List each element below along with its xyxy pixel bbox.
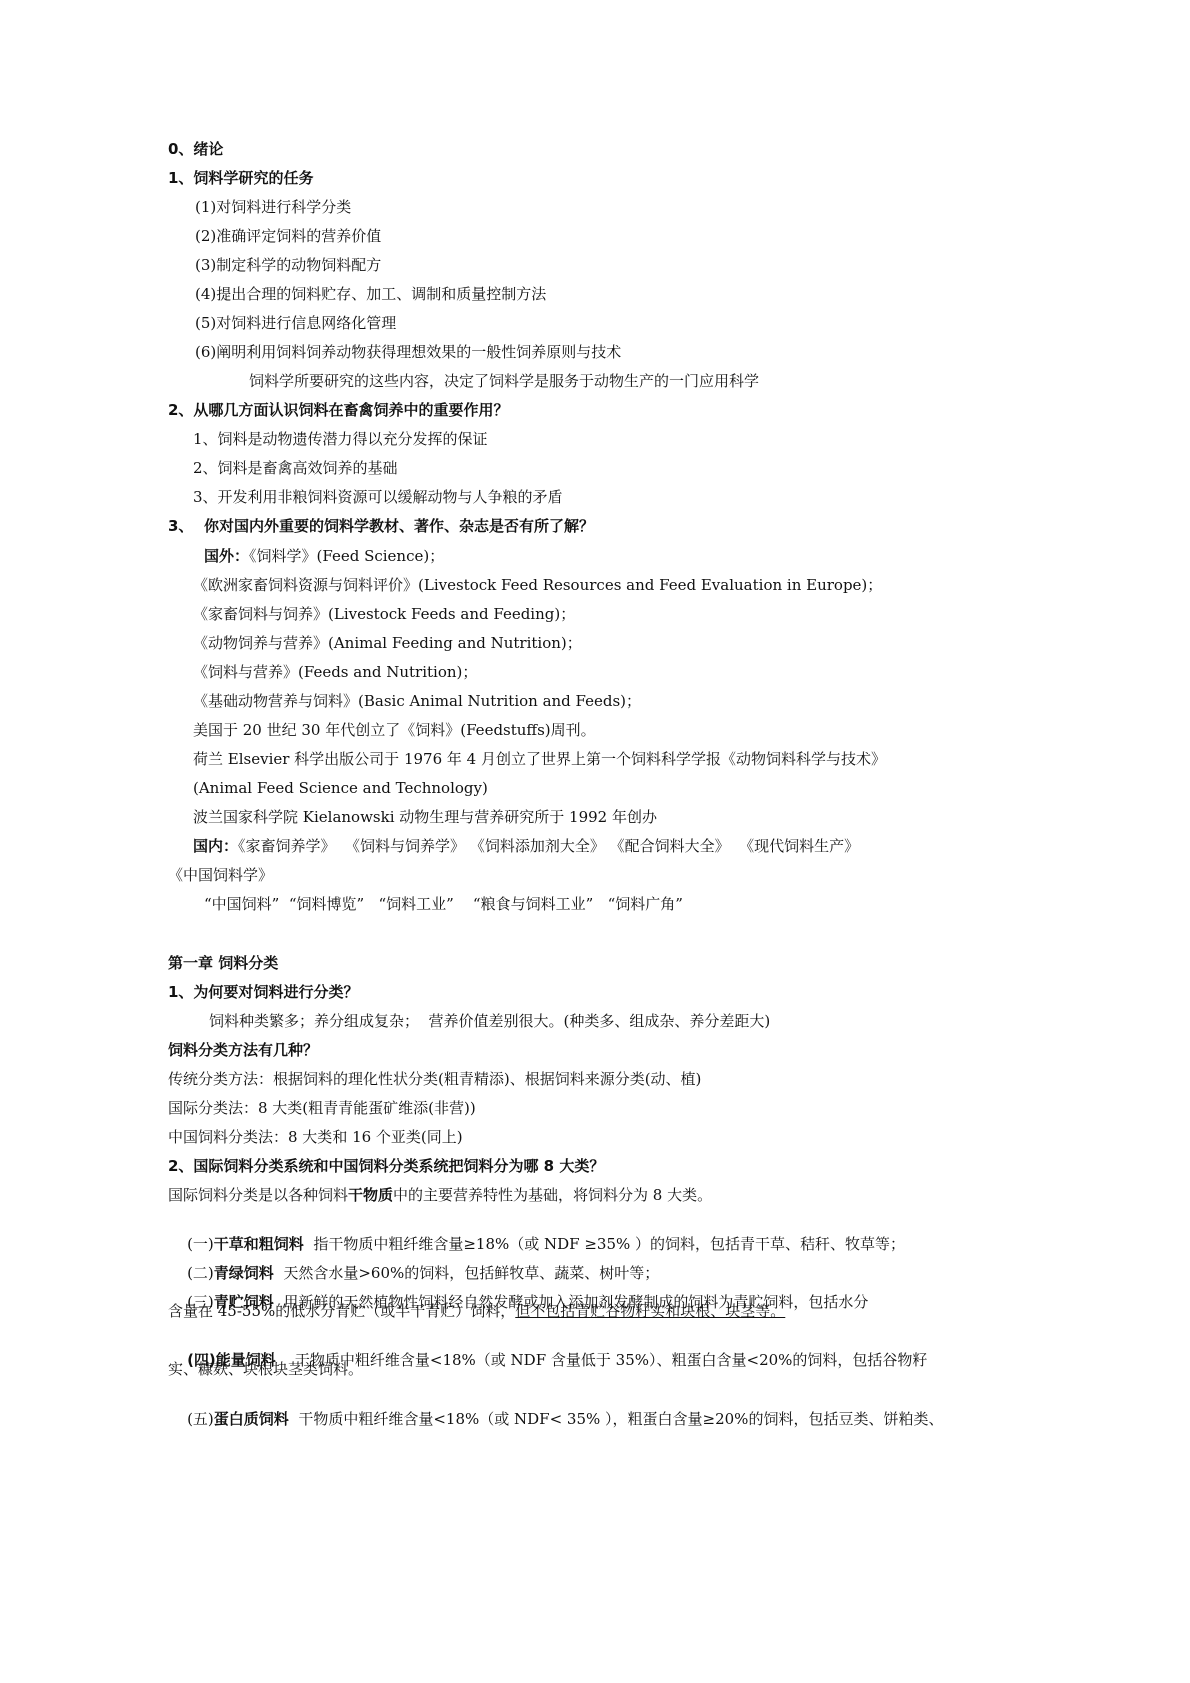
domestic-books: 《家畜饲养学》 《饲料与饲养学》 《饲料添加剂大全》 《配合饲料大全》 《现代饲… — [238, 837, 859, 855]
category-desc-cont: 含量在 45-55%的低水分青贮（或半干青贮）饲料，但不包括青贮谷物籽实和块根、… — [168, 1301, 785, 1321]
task-item: (5)对饲料进行信息网络化管理 — [195, 313, 396, 333]
method-item: 国际分类法：8 大类(粗青青能蛋矿维添(非营)) — [168, 1098, 476, 1118]
question-eight-categories: 2、国际饲料分类系统和中国饲料分类系统把饲料分为哪 8 大类？ — [168, 1156, 604, 1176]
heading-research-tasks: 1、饲料学研究的任务 — [168, 168, 313, 188]
answer-why-classify: 饲料种类繁多；养分组成复杂； 营养价值差别很大。(种类多、组成杂、养分差距大) — [209, 1011, 770, 1031]
foreign-book: 《家畜饲料与饲养》(Livestock Feeds and Feeding)； — [193, 604, 575, 624]
domestic-books-cont: 《中国饲料学》 — [168, 865, 273, 885]
method-item: 中国饲料分类法：8 大类和 16 个亚类(同上) — [168, 1127, 463, 1147]
foreign-line: 国外：《饲料学》(Feed Science)； — [204, 546, 444, 566]
underlined-note: 但不包括青贮谷物籽实和块根、块茎等。 — [515, 1302, 785, 1320]
poland-note: 波兰国家科学院 Kielanowski 动物生理与营养研究所于 1992 年创办 — [193, 807, 657, 827]
category-desc: 含量在 45-55%的低水分青贮（或半干青贮）饲料， — [168, 1302, 515, 1320]
category-desc: 干物质中粗纤维含量<18%（或 NDF 含量低于 35%）、粗蛋白含量<20%的… — [276, 1351, 928, 1369]
foreign-book: 《饲料与营养》(Feeds and Nutrition)； — [193, 662, 477, 682]
category-num: (五) — [187, 1410, 214, 1428]
heading-literature-num: 3、 — [168, 516, 193, 536]
chapter-title: 第一章 饲料分类 — [168, 953, 278, 973]
category-desc: 干物质中粗纤维含量<18%（或 NDF< 35% ），粗蛋白含量≥20%的饲料，… — [289, 1410, 944, 1428]
category-item: (五)蛋白质饲料 干物质中粗纤维含量<18%（或 NDF< 35% ），粗蛋白含… — [168, 1389, 943, 1449]
task-item: (1)对饲料进行科学分类 — [195, 197, 351, 217]
dry-matter-term: 干物质 — [348, 1186, 393, 1204]
heading-literature: 你对国内外重要的饲料学教材、著作、杂志是否有所了解？ — [204, 516, 594, 536]
method-item: 传统分类方法：根据饲料的理化性状分类(粗青精添)、根据饲料来源分类(动、植) — [168, 1069, 701, 1089]
task-item: (3)制定科学的动物饲料配方 — [195, 255, 381, 275]
document-page: 0、绪论 1、饲料学研究的任务 (1)对饲料进行科学分类 (2)准确评定饲料的营… — [0, 0, 1190, 1683]
category-name: 蛋白质饲料 — [214, 1410, 289, 1428]
domestic-journals: “中国饲料” “饲料博览” “饲料工业” “粮食与饲料工业” “饲料广角” — [204, 894, 683, 914]
foreign-book: 《欧洲家畜饲料资源与饲料评价》(Livestock Feed Resources… — [193, 575, 882, 595]
intro-text: 中的主要营养特性为基础，将饲料分为 8 大类。 — [393, 1186, 712, 1204]
foreign-label: 国外： — [204, 547, 249, 565]
foreign-book: 《基础动物营养与饲料》(Basic Animal Nutrition and F… — [193, 691, 641, 711]
role-item: 1、饲料是动物遗传潜力得以充分发挥的保证 — [193, 429, 488, 449]
heading-introduction: 0、绪论 — [168, 139, 223, 159]
foreign-book: 《饲料学》(Feed Science)； — [249, 547, 444, 565]
task-item: (2)准确评定饲料的营养价值 — [195, 226, 381, 246]
classification-intro: 国际饲料分类是以各种饲料干物质中的主要营养特性为基础，将饲料分为 8 大类。 — [168, 1185, 712, 1205]
task-item: (6)阐明利用饲料饲养动物获得理想效果的一般性饲养原则与技术 — [195, 342, 621, 362]
task-item: (4)提出合理的饲料贮存、加工、调制和质量控制方法 — [195, 284, 546, 304]
role-item: 3、开发利用非粮饲料资源可以缓解动物与人争粮的矛盾 — [193, 487, 563, 507]
domestic-label: 国内： — [193, 837, 238, 855]
netherlands-note: 荷兰 Elsevier 科学出版公司于 1976 年 4 月创立了世界上第一个饲… — [193, 749, 886, 769]
intro-text: 国际饲料分类是以各种饲料 — [168, 1186, 348, 1204]
role-item: 2、饲料是畜禽高效饲养的基础 — [193, 458, 398, 478]
heading-feed-role: 2、从哪几方面认识饲料在畜禽饲养中的重要作用？ — [168, 400, 508, 420]
tasks-summary: 饲料学所要研究的这些内容，决定了饲料学是服务于动物生产的一门应用科学 — [249, 371, 759, 391]
usa-note: 美国于 20 世纪 30 年代创立了《饲料》(Feedstuffs)周刊。 — [193, 720, 596, 740]
netherlands-note-en: (Animal Feed Science and Technology) — [193, 778, 488, 798]
question-methods: 饲料分类方法有几种？ — [168, 1040, 318, 1060]
foreign-book: 《动物饲养与营养》(Animal Feeding and Nutrition)； — [193, 633, 582, 653]
category-desc-cont: 实、糠麸、块根块茎类饲料。 — [168, 1359, 363, 1379]
domestic-line: 国内：《家畜饲养学》 《饲料与饲养学》 《饲料添加剂大全》 《配合饲料大全》 《… — [193, 836, 859, 856]
question-why-classify: 1、为何要对饲料进行分类？ — [168, 982, 358, 1002]
